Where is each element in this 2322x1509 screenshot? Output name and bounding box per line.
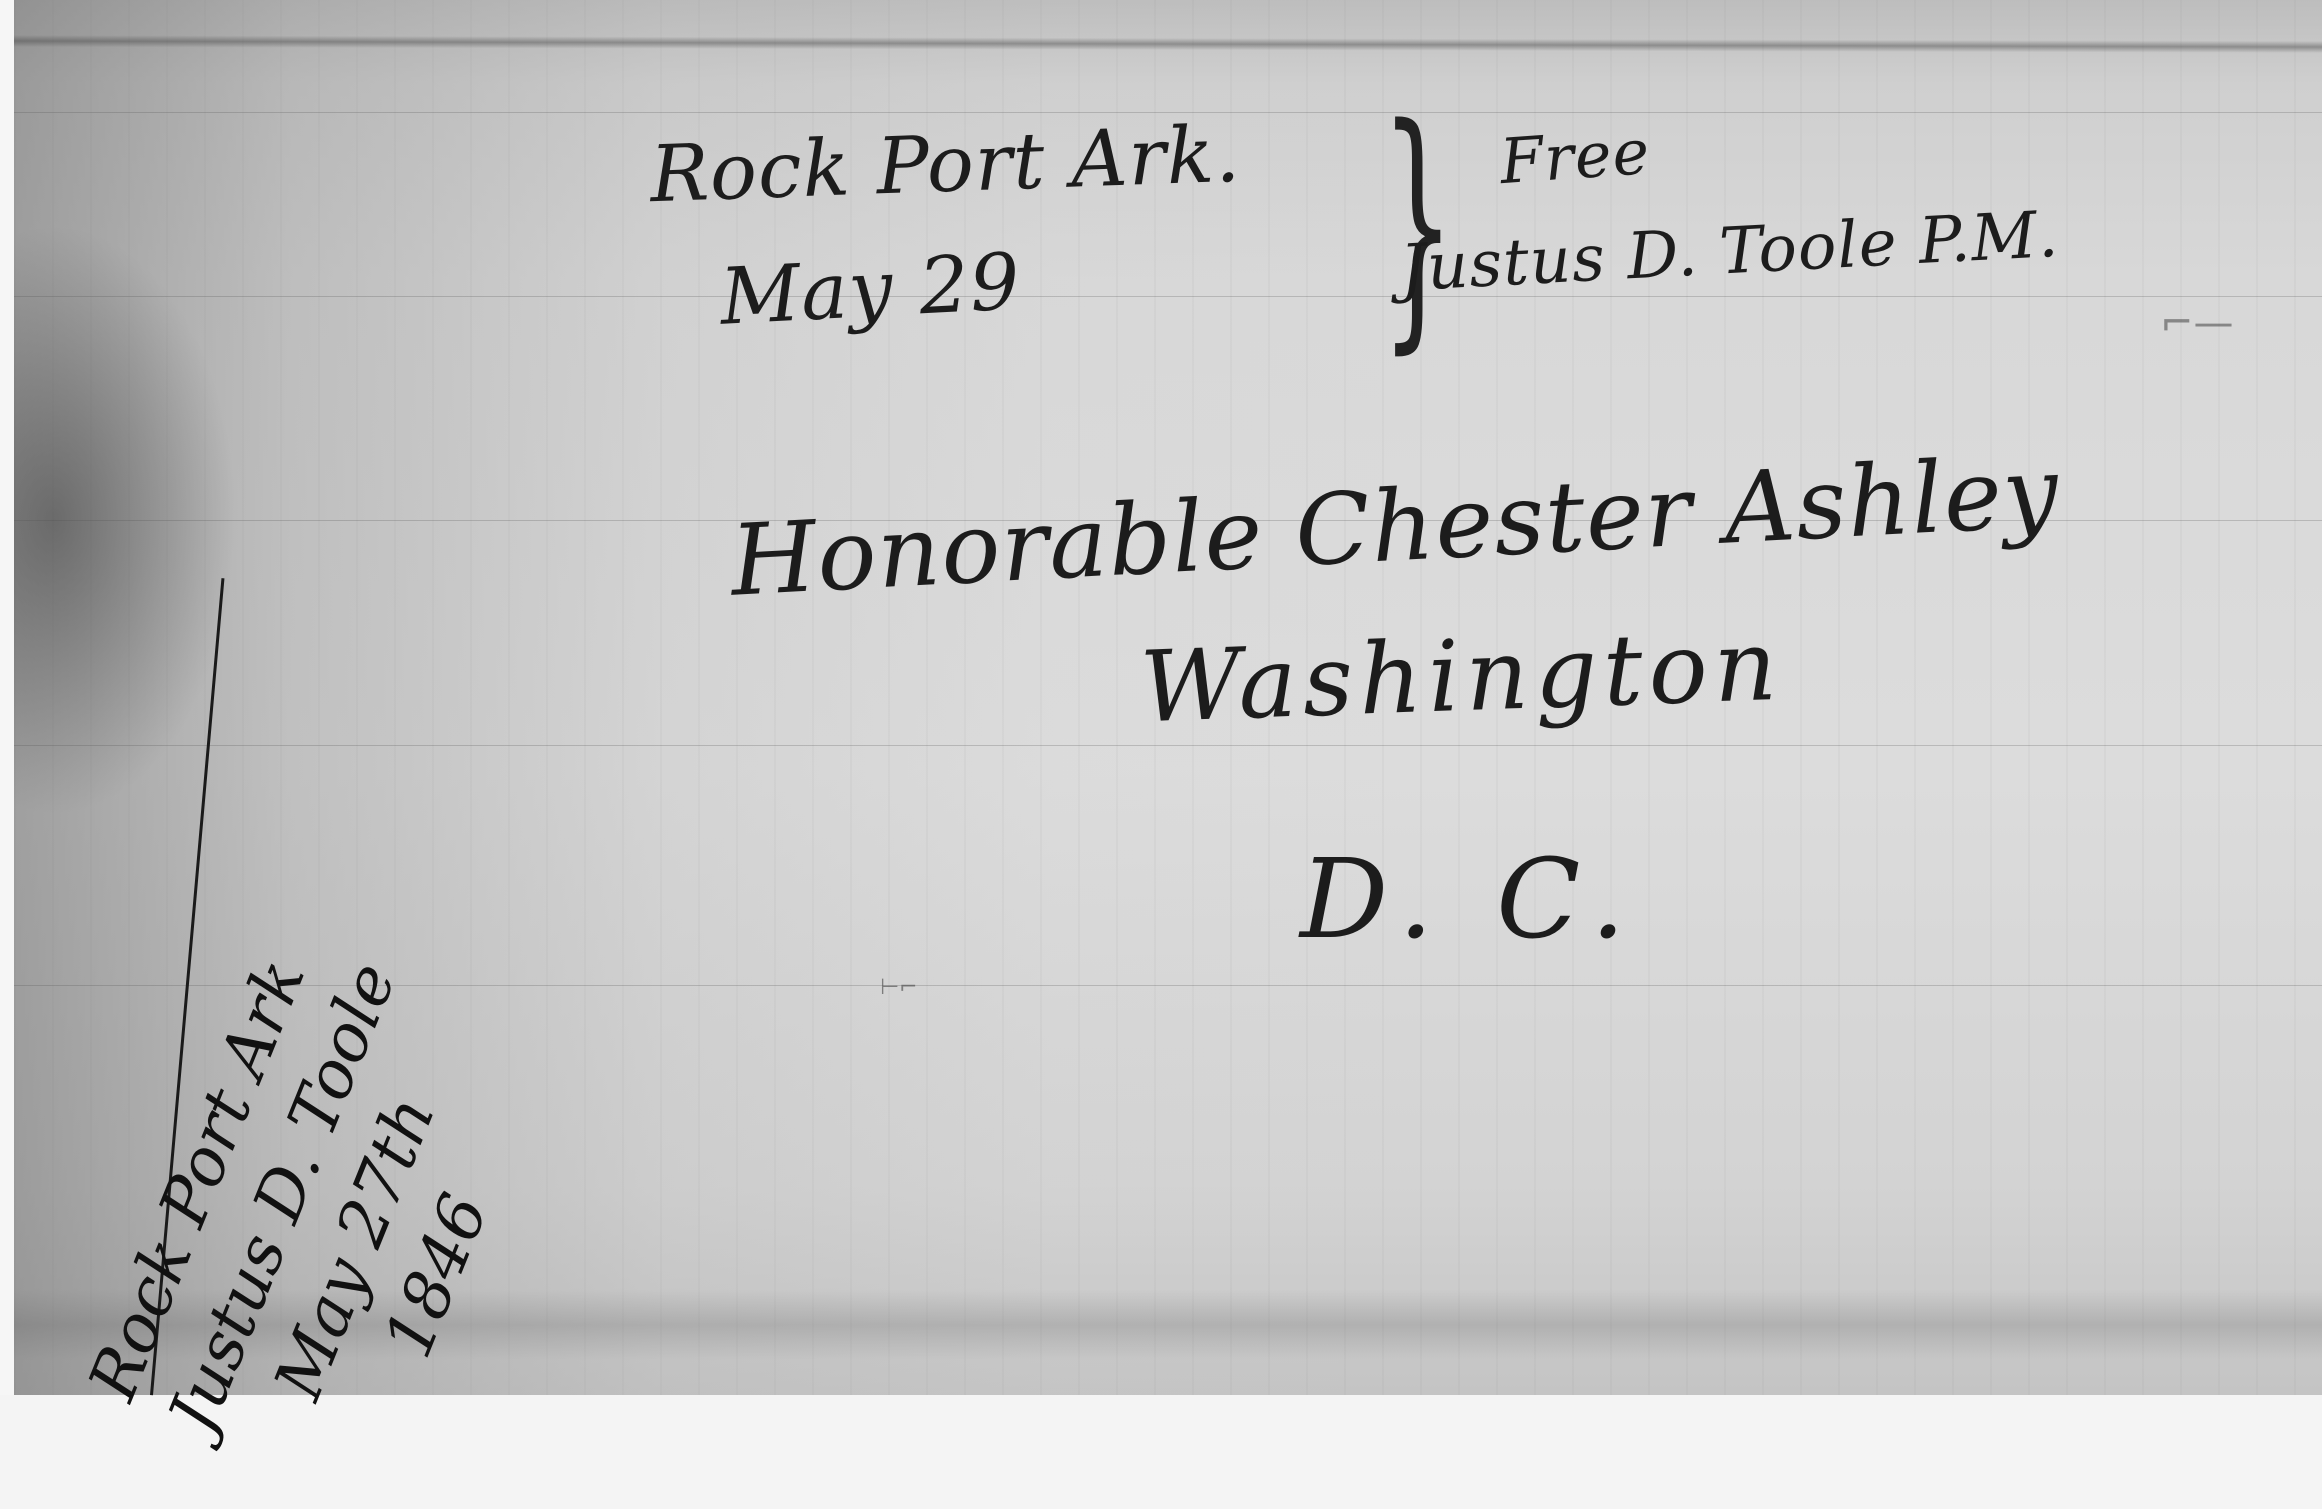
stray-ink-mark: ⊢⌐ bbox=[880, 975, 918, 1000]
frank-free: Free bbox=[1498, 115, 1653, 198]
addressee-district: D. C. bbox=[1300, 835, 1639, 963]
addressee-city: Washington bbox=[1138, 609, 1784, 745]
ruled-line bbox=[14, 296, 2322, 297]
stray-ink-mark: ⌐— bbox=[2160, 300, 2234, 346]
postmark-date: May 29 bbox=[718, 237, 1023, 343]
ruled-line bbox=[14, 745, 2322, 746]
brace-mark: } bbox=[1380, 95, 1454, 355]
